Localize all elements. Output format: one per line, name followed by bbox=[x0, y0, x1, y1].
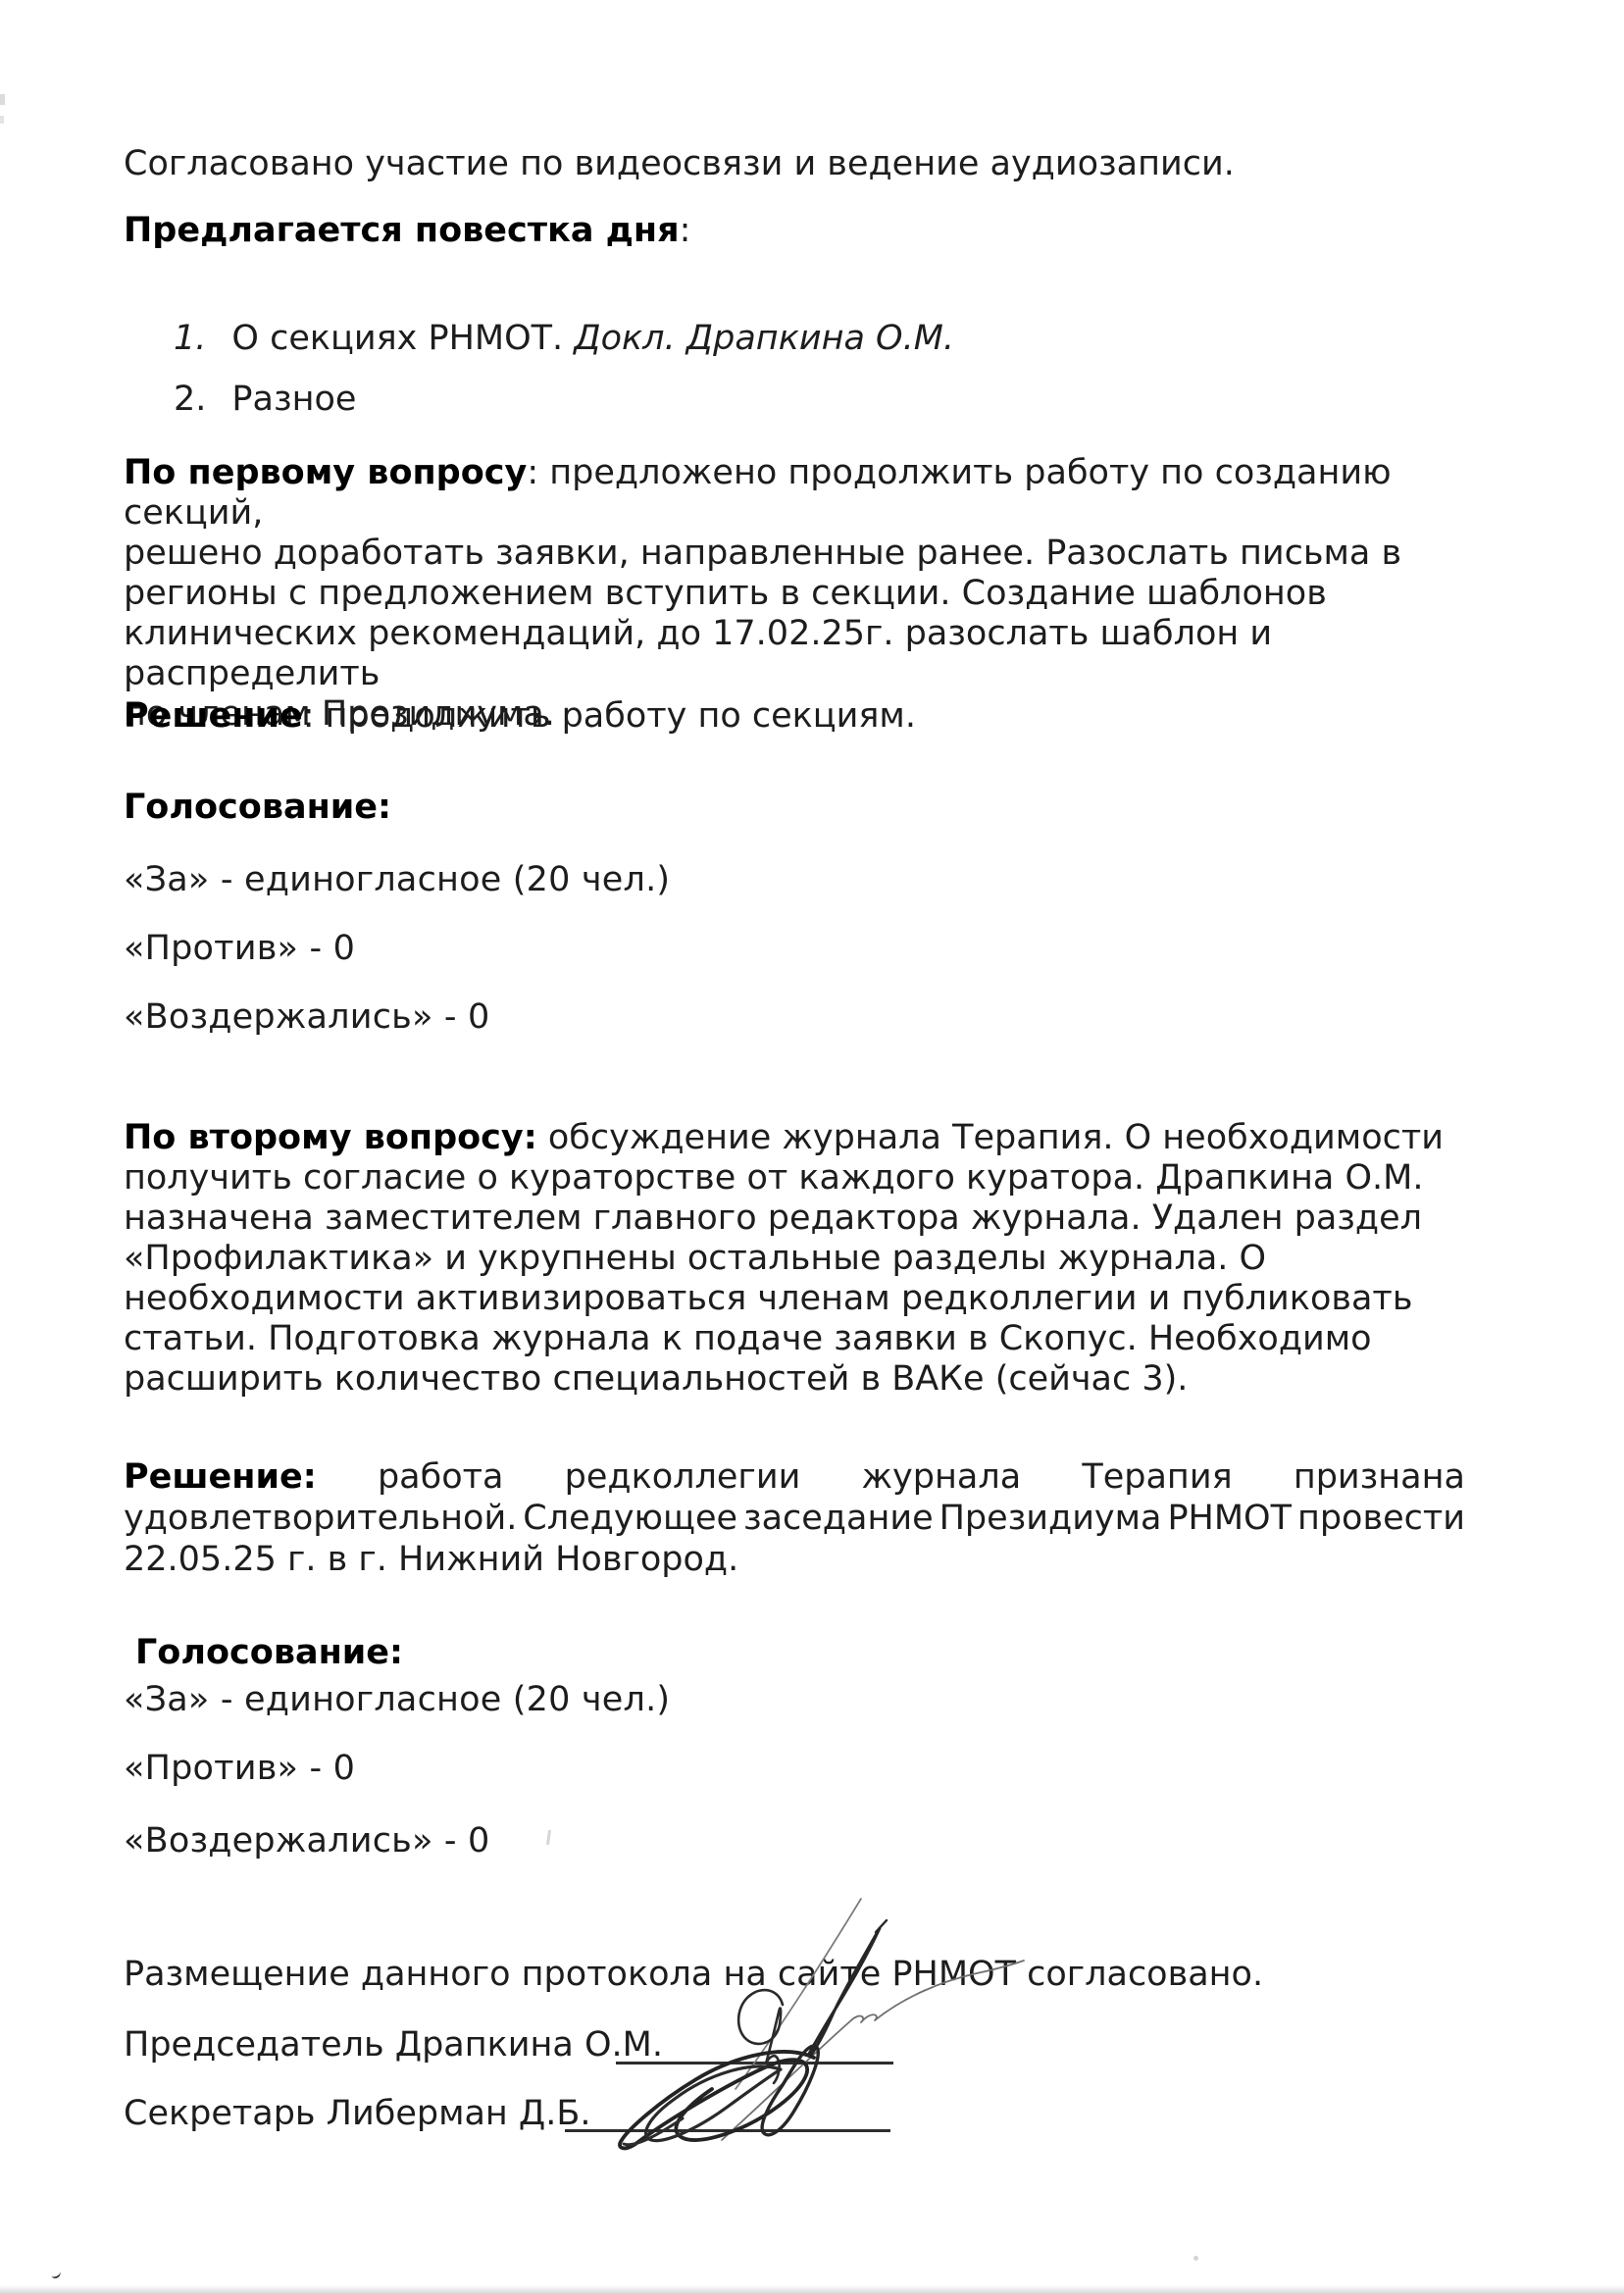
scan-artifact bbox=[546, 1830, 551, 1845]
q2-decision-word: признана bbox=[1294, 1456, 1465, 1498]
voting-heading-2: Голосование: bbox=[135, 1633, 403, 1672]
vote-against-1: «Против» - 0 bbox=[124, 929, 355, 968]
q1-decision-line: Решение: продолжить работу по секциям. bbox=[124, 696, 916, 736]
q2-decision-word: журнала bbox=[862, 1456, 1022, 1498]
q1-body: : предложено продолжить работу по создан… bbox=[124, 453, 1401, 734]
vote-abstained-1: «Воздержались» - 0 bbox=[124, 997, 490, 1037]
scanned-protocol-page: Согласовано участие по видеосвязи и веде… bbox=[0, 0, 1624, 2294]
q2-decision-line-3: 22.05.25 г. в г. Нижний Новгород. bbox=[124, 1539, 738, 1580]
agenda-item-1-speaker: Докл. Драпкина О.М. bbox=[574, 319, 954, 358]
vote-for-2: «За» - единогласное (20 чел.) bbox=[124, 1680, 670, 1719]
q2-decision-word: удовлетворительной. bbox=[124, 1498, 517, 1539]
q2-decision-word: провести bbox=[1297, 1498, 1465, 1539]
q1-lead: По первому вопросу bbox=[124, 453, 527, 492]
scan-artifact bbox=[50, 2269, 62, 2280]
scan-edge-shadow bbox=[0, 2285, 1624, 2294]
q2-decision-word: РНМОТ bbox=[1167, 1498, 1292, 1539]
chairman-line: Председатель Драпкина О.М. bbox=[124, 2025, 663, 2065]
q2-body: обсуждение журнала Терапия. О необходимо… bbox=[124, 1118, 1444, 1399]
handwritten-signature bbox=[588, 1883, 1079, 2177]
agenda-heading-colon: : bbox=[680, 211, 691, 250]
q2-lead: По второму вопросу: bbox=[124, 1118, 537, 1157]
agenda-item-2-number: 2. bbox=[174, 380, 206, 419]
agenda-heading-text: Предлагается повестка дня bbox=[124, 211, 680, 250]
agenda-item-1-number: 1. bbox=[174, 319, 206, 358]
q2-decision-lead: Решение: bbox=[124, 1456, 317, 1498]
agenda-item-1-text: О секциях РНМОТ. bbox=[231, 319, 563, 358]
q2-decision-word: Следующее bbox=[523, 1498, 737, 1539]
q2-decision-word: редколлегии bbox=[565, 1456, 801, 1498]
agenda-heading: Предлагается повестка дня: bbox=[124, 211, 690, 250]
secretary-line: Секретарь Либерман Д.Б. bbox=[124, 2094, 591, 2133]
intro-line: Согласовано участие по видеосвязи и веде… bbox=[124, 144, 1235, 183]
q2-decision-line-2: удовлетворительной.СледующеезаседаниеПре… bbox=[124, 1498, 1465, 1539]
q1-decision-lead: Решение bbox=[124, 696, 303, 736]
vote-abstained-2: «Воздержались» - 0 bbox=[124, 1821, 490, 1861]
agenda-item-2: 2.Разное bbox=[174, 380, 356, 419]
q1-paragraph: По первому вопросу: предложено продолжит… bbox=[124, 453, 1497, 735]
q1-decision-body: : продолжить работу по секциям. bbox=[303, 696, 916, 736]
q2-decision-word: заседание bbox=[743, 1498, 934, 1539]
agenda-item-1: 1.О секциях РНМОТ. Докл. Драпкина О.М. bbox=[174, 319, 954, 358]
vote-for-1: «За» - единогласное (20 чел.) bbox=[124, 860, 670, 899]
q2-decision-word: Президиума bbox=[939, 1498, 1162, 1539]
q2-decision-line-1: Решение:работаредколлегиижурналаТерапияп… bbox=[124, 1456, 1465, 1498]
voting-heading-1: Голосование: bbox=[124, 788, 391, 827]
scan-artifact bbox=[0, 94, 5, 105]
scan-artifact bbox=[0, 116, 4, 124]
q2-paragraph: По второму вопросу: обсуждение журнала Т… bbox=[124, 1118, 1497, 1400]
vote-against-2: «Против» - 0 bbox=[124, 1749, 355, 1788]
agenda-item-2-text: Разное bbox=[231, 380, 356, 419]
q2-decision-word: работа bbox=[378, 1456, 504, 1498]
scan-artifact bbox=[1193, 2256, 1198, 2261]
q2-decision-word: Терапия bbox=[1082, 1456, 1232, 1498]
